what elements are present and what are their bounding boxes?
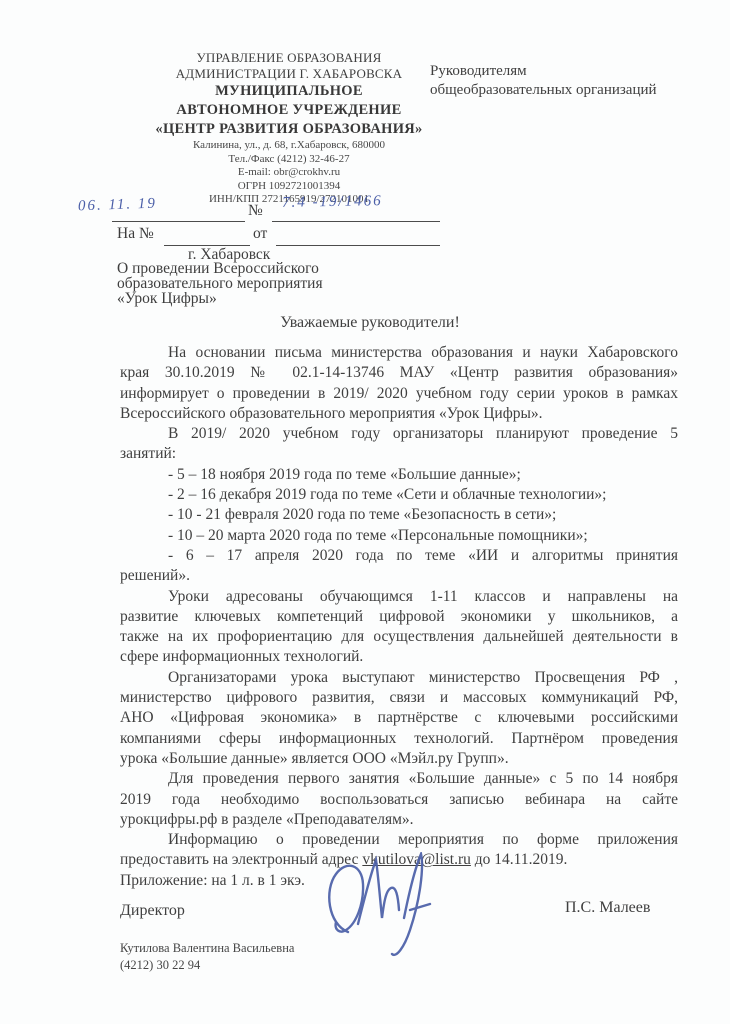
lesson-list-item: решений». — [120, 566, 678, 586]
body-line: Информацию о проведении мероприятия по ф… — [120, 830, 678, 850]
lesson-list-item: - 5 – 18 ноября 2019 года по теме «Больш… — [120, 465, 678, 485]
subject-line: О проведении Всероссийского — [117, 261, 447, 276]
subject-line: «Урок Цифры» — [117, 291, 447, 306]
subject-block: О проведении Всероссийского образователь… — [117, 261, 447, 306]
org-phone: Тел./Факс (4212) 32-46-27 — [103, 153, 475, 167]
body-line: урока «Большие данные» является ООО «Мэй… — [120, 749, 678, 769]
letter-body: На основании письма министерства образов… — [120, 343, 678, 891]
signer-name: П.С. Малеев — [565, 899, 650, 917]
number-underline — [272, 220, 440, 222]
email-line-after: до 14.11.2019. — [471, 851, 567, 868]
body-line: также на их профориентацию для осуществл… — [120, 627, 678, 647]
addressee-line: Руководителям — [430, 62, 710, 81]
body-line: Всероссийского образовательного мероприя… — [120, 404, 678, 424]
lesson-list-item: - 10 - 21 февраля 2020 года по теме «Без… — [120, 505, 678, 525]
org-name-bold: АВТОНОМНОЕ УЧРЕЖДЕНИЕ — [103, 101, 475, 120]
letter-page: УПРАВЛЕНИЕ ОБРАЗОВАНИЯ АДМИНИСТРАЦИИ Г. … — [0, 0, 730, 1024]
body-line: компаниями сферы информационных технолог… — [120, 729, 678, 749]
date-underline — [112, 220, 245, 222]
executor-block: Кутилова Валентина Васильевна (4212) 30 … — [120, 940, 294, 974]
body-line: 2019 года необходимо воспользоваться зап… — [120, 790, 678, 810]
body-line: сфере информационных технологий. — [120, 647, 678, 667]
lesson-list-item: - 10 – 20 марта 2020 года по теме «Персо… — [120, 526, 678, 546]
body-line: В 2019/ 2020 учебном году организаторы п… — [120, 424, 678, 444]
executor-name: Кутилова Валентина Васильевна — [120, 940, 294, 957]
body-line: занятий: — [120, 444, 678, 464]
body-line: АНО «Цифровая экономика» в партнёрстве с… — [120, 708, 678, 728]
org-name-bold: «ЦЕНТР РАЗВИТИЯ ОБРАЗОВАНИЯ» — [103, 120, 475, 139]
handwritten-outgoing-number: 7.4 -19/1466 — [282, 193, 383, 212]
handwritten-date: 06. 11. 19 — [78, 196, 157, 216]
reply-date-underline — [276, 244, 440, 246]
org-name-bold: МУНИЦИПАЛЬНОЕ — [103, 82, 475, 101]
body-line: Уроки адресованы обучающимся 1-11 классо… — [120, 587, 678, 607]
body-line: урокцифры.рф в разделе «Преподавателям». — [120, 810, 678, 830]
body-line: Организаторами урока выступают министерс… — [120, 668, 678, 688]
salutation: Уважаемые руководители! — [120, 314, 620, 332]
body-line: Для проведения первого занятия «Большие … — [120, 769, 678, 789]
reply-from-label: от — [253, 225, 267, 243]
director-signature-icon — [318, 852, 478, 962]
org-address: Калинина, ул., д. 68, г.Хабаровск, 68000… — [103, 139, 475, 153]
executor-phone: (4212) 30 22 94 — [120, 957, 294, 974]
org-name-line: УПРАВЛЕНИЕ ОБРАЗОВАНИЯ — [103, 50, 475, 66]
number-sign-label: № — [248, 202, 263, 220]
org-ogrn: ОГРН 1092721001394 — [103, 180, 475, 194]
org-header: УПРАВЛЕНИЕ ОБРАЗОВАНИЯ АДМИНИСТРАЦИИ Г. … — [103, 50, 475, 207]
signer-role: Директор — [120, 902, 185, 920]
body-line: информирует о проведении в 2019/ 2020 уч… — [120, 384, 678, 404]
body-line: края 30.10.2019 № 02.1-14-13746 МАУ «Цен… — [120, 363, 678, 383]
lesson-list-item: - 6 – 17 апреля 2020 года по теме «ИИ и … — [120, 546, 678, 566]
body-line: министерство цифрового развития, связи и… — [120, 688, 678, 708]
lesson-list-item: - 2 – 16 декабря 2019 года по теме «Сети… — [120, 485, 678, 505]
reply-to-label: На № — [117, 225, 154, 243]
subject-line: образовательного мероприятия — [117, 276, 447, 291]
org-email: E-mail: obr@crokhv.ru — [103, 166, 475, 180]
body-line: На основании письма министерства образов… — [120, 343, 678, 363]
addressee-line: общеобразовательных организаций — [430, 81, 710, 100]
addressee-block: Руководителям общеобразовательных органи… — [430, 62, 710, 100]
org-name-line: АДМИНИСТРАЦИИ Г. ХАБАРОВСКА — [103, 66, 475, 82]
body-line: развитие ключевых компетенций цифровой э… — [120, 607, 678, 627]
